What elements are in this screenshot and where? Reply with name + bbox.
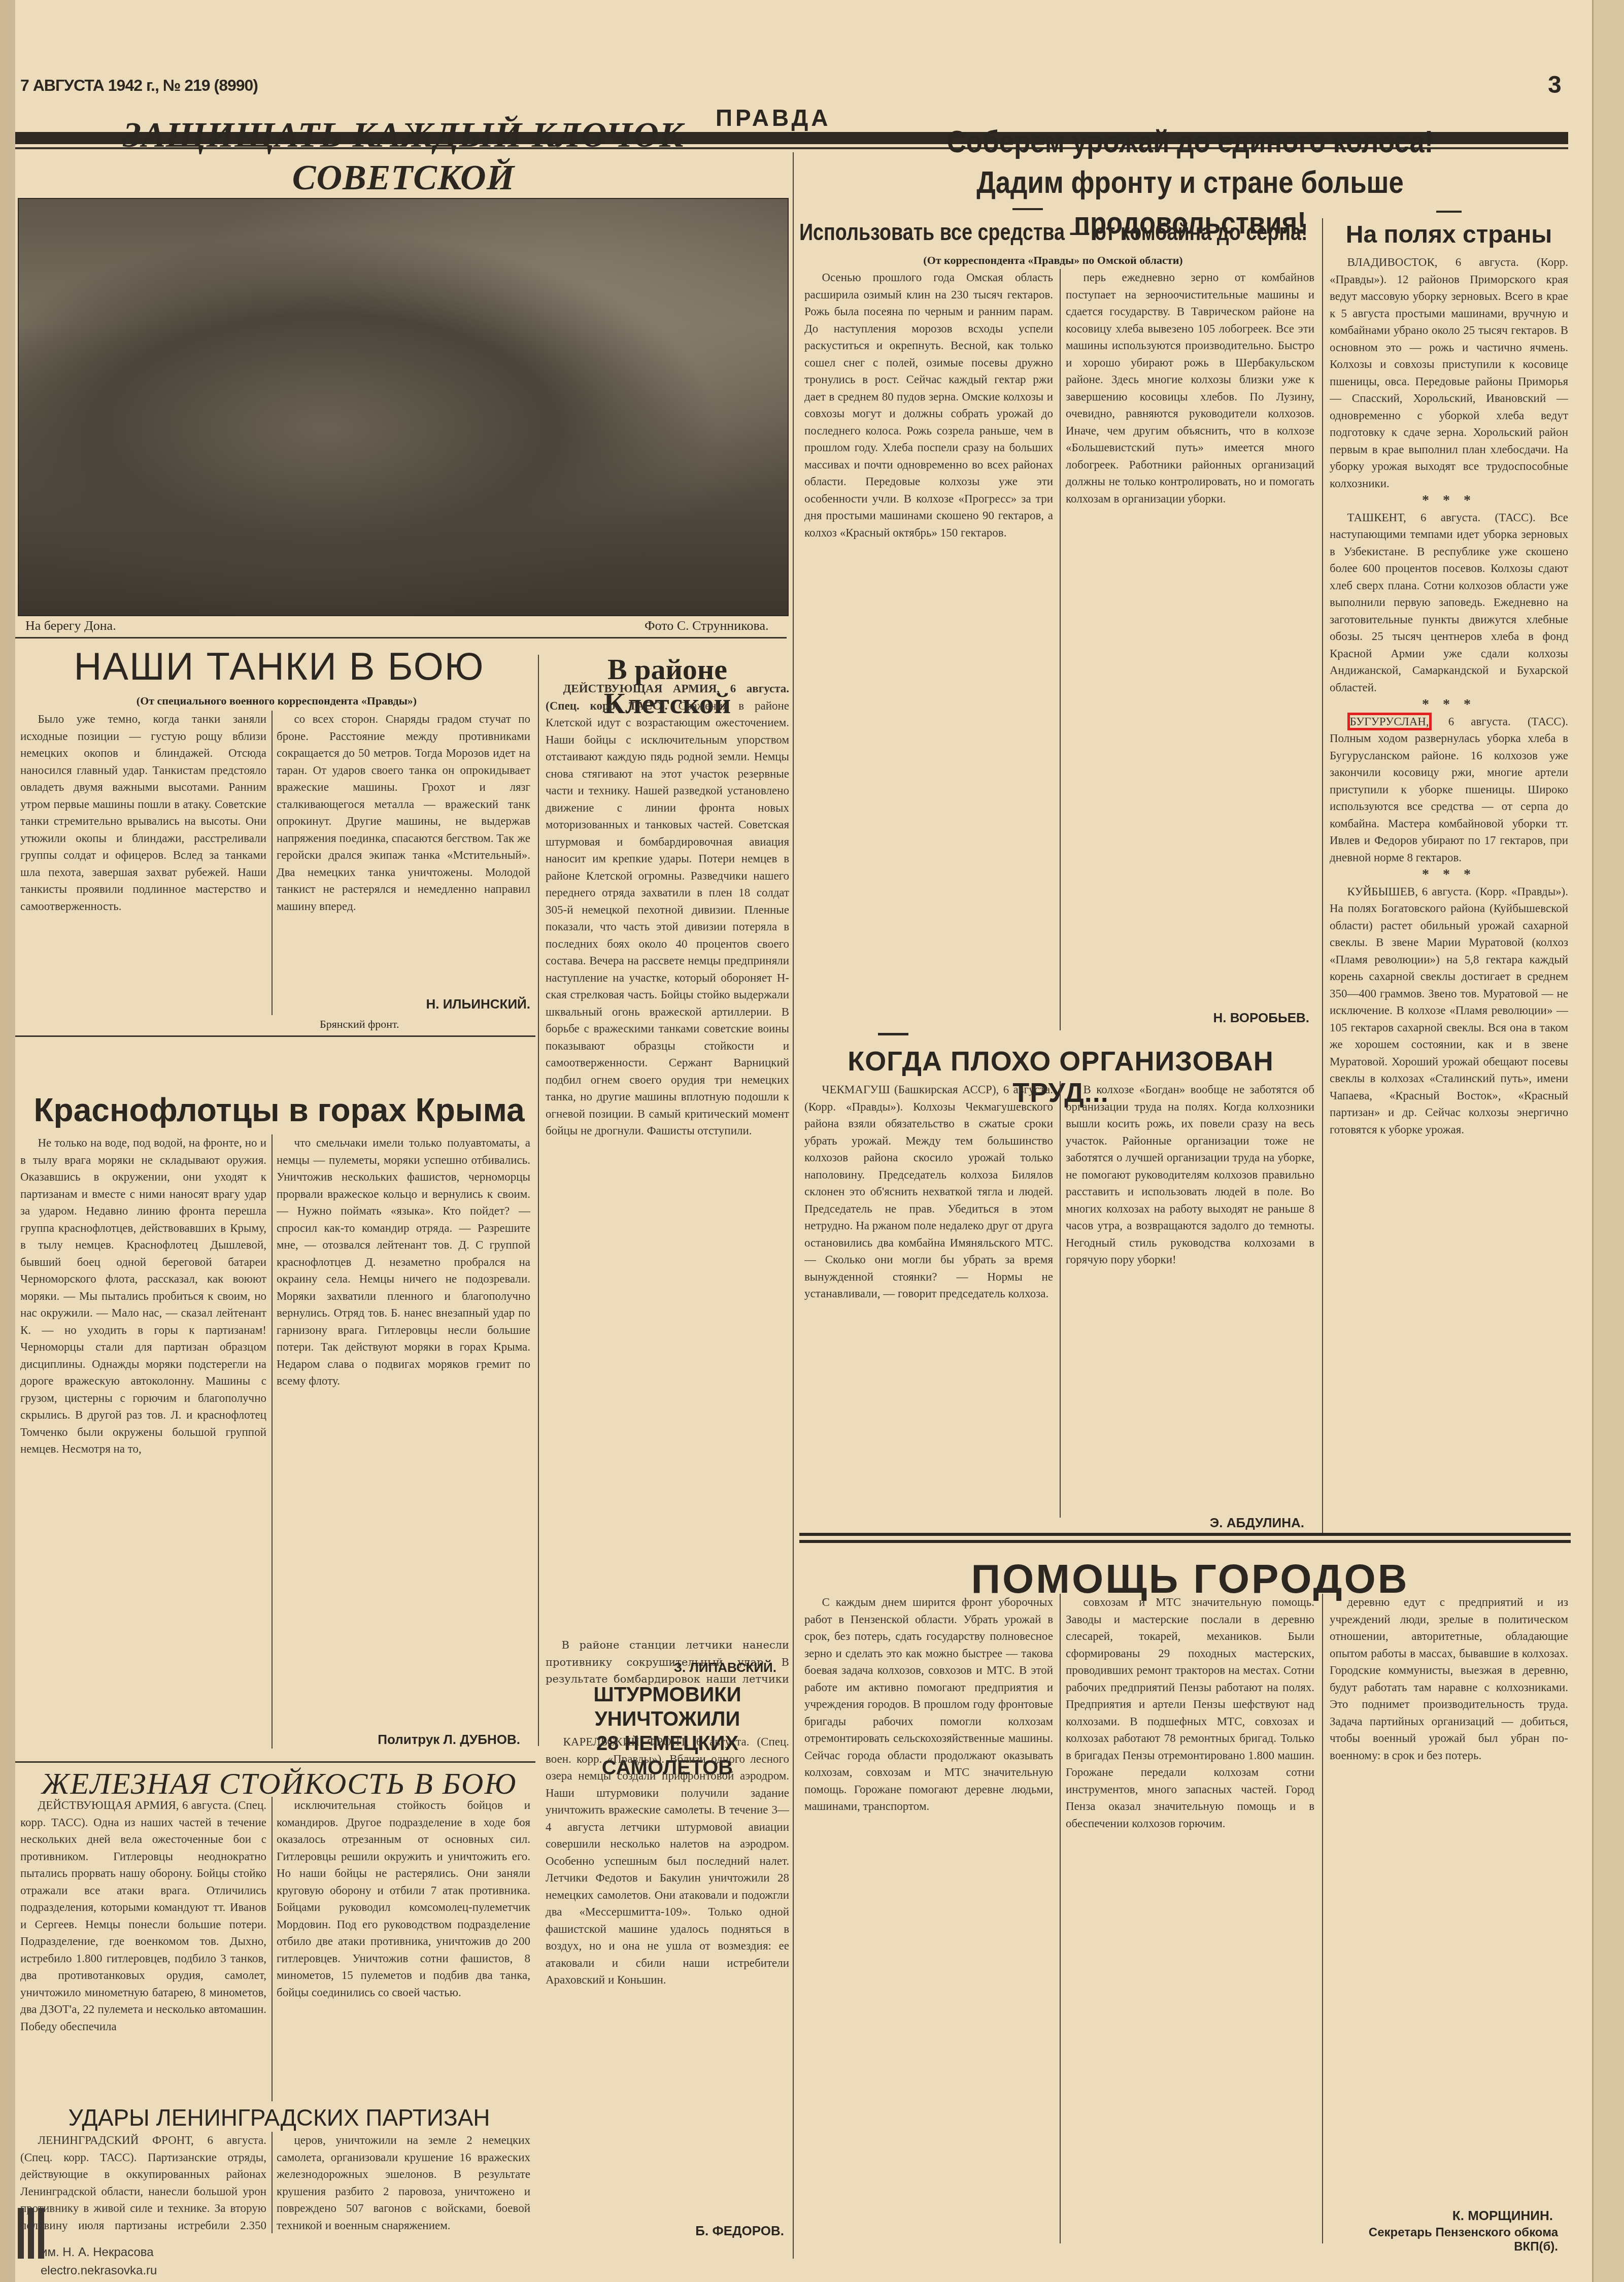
cities-col-2: совхозам и МТС значительную помощь. Заво… <box>1066 1594 1314 2249</box>
tanks-byline: (От специального военного корреспондента… <box>15 694 538 708</box>
tanks-title: НАШИ ТАНКИ В БОЮ <box>25 645 533 689</box>
column-divider <box>272 1797 273 2101</box>
poorly-col-1: ЧЕКМАГУШ (Башкирская АССР), 6 августа. (… <box>804 1081 1053 1518</box>
fields-place-vladivostok: ВЛАДИВОСТОК, <box>1347 256 1438 269</box>
fields-place-kuibyshev: КУЙБЫШЕВ, <box>1347 885 1418 898</box>
fields-place-buguruslan-highlight[interactable]: БУГУРУСЛАН, <box>1347 713 1432 730</box>
tanks-signature: Н. ИЛЬИНСКИЙ. <box>277 996 530 1012</box>
cities-signature: К. МОРЩИНИН. <box>1330 2208 1553 2224</box>
tanks-place: Брянский фронт. <box>320 1018 399 1031</box>
omsk-signature: Н. ВОРОБЬЕВ. <box>1066 1010 1309 1026</box>
kletskaya-text: ДЕЙСТВУЮЩАЯ АРМИЯ, 6 августа. (Спец. кор… <box>546 680 789 1634</box>
tanks-col-1: Было уже темно, когда танки заняли исход… <box>20 711 266 1015</box>
crimea-col-1: Не только на воде, под водой, на фронте,… <box>20 1134 266 1754</box>
section-stars: * * * <box>1330 696 1568 713</box>
cities-signature-title: Секретарь Пензенского обкома ВКП(б). <box>1335 2226 1558 2254</box>
center-divider <box>793 152 794 2259</box>
fields-place-tashkent: ТАШКЕНТ, <box>1347 511 1406 524</box>
crimea-signature: Политрук Л. ДУБНОВ. <box>277 1732 520 1748</box>
leningrad-title: УДАРЫ ЛЕНИНГРАДСКИХ ПАРТИЗАН <box>25 2104 533 2131</box>
column-divider <box>272 2132 273 2233</box>
poorly-signature: Э. АБДУЛИНА. <box>1066 1515 1304 1531</box>
page-edge-right <box>1592 0 1624 2282</box>
harvest-banner-line-1: Соберем урожай до единого колоса! <box>858 122 1522 162</box>
omsk-col-2: перь ежедневно зерно от комбайнов поступ… <box>1066 269 1314 1030</box>
column-divider <box>272 1134 273 1749</box>
poorly-col-2: В колхозе «Богдан» вообще не заботятся о… <box>1066 1081 1314 1487</box>
omsk-byline: (От корреспондента «Правды» по Омской об… <box>799 254 1307 267</box>
fields-column: ВЛАДИВОСТОК, 6 августа. (Корр. «Правды»)… <box>1330 254 1568 1533</box>
short-rule <box>878 1033 908 1035</box>
short-rule <box>1436 211 1462 213</box>
column-divider <box>1322 1594 1323 2243</box>
column-divider <box>1060 1081 1061 1518</box>
cities-col-3: деревню едут с предприятий и из учрежден… <box>1330 1594 1568 2198</box>
divider <box>15 637 787 639</box>
column-divider <box>272 711 273 1015</box>
main-headline-line-1: ЗАЩИЩАТЬ КАЖДЫЙ КЛОЧОК СОВЕТСКОЙ <box>15 114 792 199</box>
leningrad-col-2: церов, уничтожили на земле 2 немецких са… <box>277 2132 530 2233</box>
newspaper-page: 7 АВГУСТА 1942 г., № 219 (8990) ПРАВДА 3… <box>15 0 1594 2282</box>
omsk-title: Использовать все средства — от комбайна … <box>799 218 1215 246</box>
divider <box>15 1035 535 1037</box>
column-divider <box>1322 218 1323 1533</box>
page-edge-left <box>0 0 15 2282</box>
lipavsky-signature: З. ЛИПАВСКИЙ. <box>546 1660 776 1675</box>
shturmoviki-signature: Б. ФЕДОРОВ. <box>546 2223 784 2239</box>
crimea-col-2: что смельчаки имели только полуавтоматы,… <box>277 1134 530 1728</box>
section-stars: * * * <box>1330 492 1568 509</box>
photo-caption: На берегу Дона. <box>25 618 116 633</box>
section-stars: * * * <box>1330 866 1568 883</box>
short-rule <box>1012 208 1043 210</box>
shturmoviki-text: КАРЕЛЬСКИЙ ФРОНТ, 6 августа. (Спец. воен… <box>546 1733 789 2221</box>
divider <box>15 1761 535 1763</box>
iron-col-2: исключительная стойкость бойцов и команд… <box>277 1797 530 2101</box>
column-divider <box>538 655 539 1746</box>
page-number: 3 <box>1548 71 1562 99</box>
crimea-title: Краснофлотцы в горах Крыма <box>25 1091 533 1129</box>
column-divider <box>1060 1594 1061 2243</box>
double-rule <box>799 1533 1571 1543</box>
iron-title: ЖЕЛЕЗНАЯ СТОЙКОСТЬ В БОЮ <box>25 1766 533 1801</box>
omsk-col-1: Осенью прошлого года Омская область расш… <box>804 269 1053 1030</box>
column-divider <box>1060 269 1061 1030</box>
photo-don-bank <box>18 198 789 616</box>
cities-col-1: С каждым днем ширится фронт уборочных ра… <box>804 1594 1053 2249</box>
leningrad-col-1: ЛЕНИНГРАДСКИЙ ФРОНТ, 6 августа. (Спец. к… <box>20 2132 266 2233</box>
iron-col-1: ДЕЙСТВУЮЩАЯ АРМИЯ, 6 августа. (Спец. кор… <box>20 1797 266 2106</box>
tanks-col-2: со всех сторон. Снаряды градом стучат по… <box>277 711 530 995</box>
library-watermark: им. Н. А. Некрасова electro.nekrasovka.r… <box>41 2243 157 2280</box>
photo-credit: Фото С. Струнникова. <box>645 618 768 633</box>
fields-title: На полях страны <box>1327 221 1571 249</box>
dateline: 7 АВГУСТА 1942 г., № 219 (8990) <box>20 76 258 95</box>
